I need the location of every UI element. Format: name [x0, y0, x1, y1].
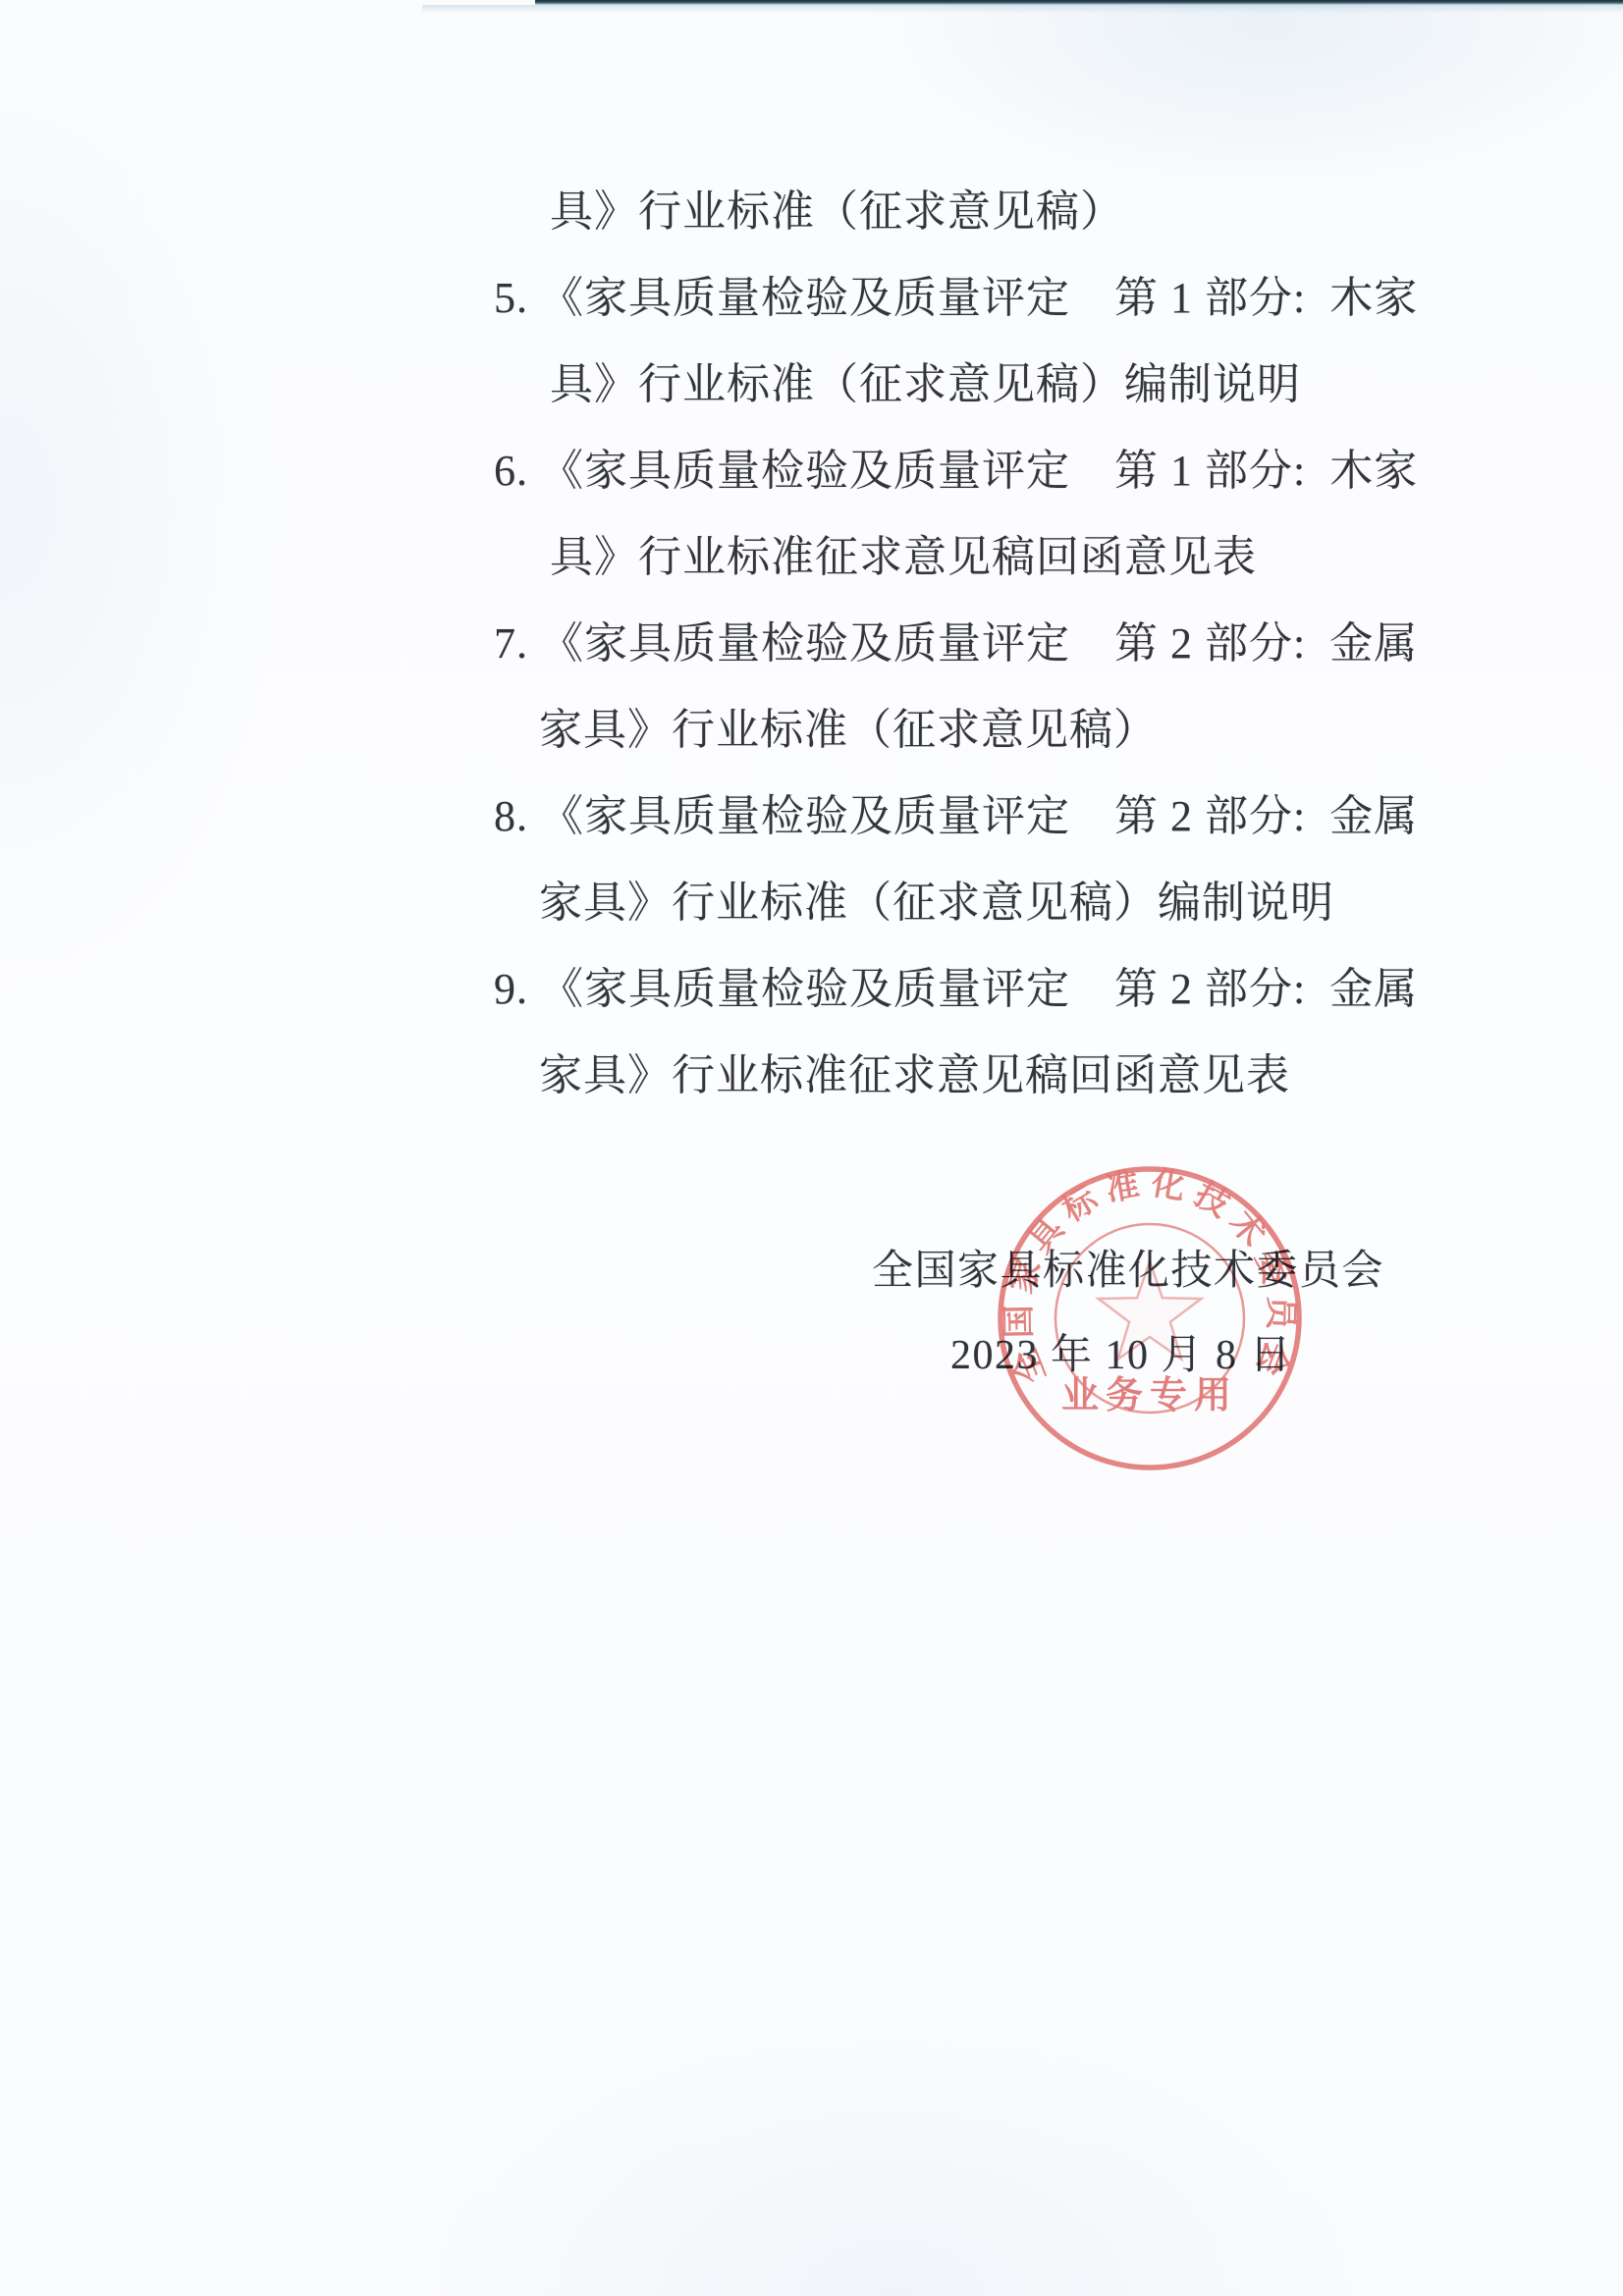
- official-stamp: 全国家具标准化技术委员会 业务专用: [976, 1145, 1324, 1492]
- list-continuation-line: 家具》行业标准（征求意见稿）编制说明: [0, 860, 1623, 946]
- list-item-line: 7. 《家具质量检验及质量评定 第 2 部分: 金属: [0, 601, 1623, 687]
- list-continuation-line: 家具》行业标准征求意见稿回函意见表: [0, 1033, 1623, 1119]
- list-continuation-line: 具》行业标准（征求意见稿）: [0, 169, 1623, 255]
- list-item-line: 6. 《家具质量检验及质量评定 第 1 部分: 木家: [0, 428, 1623, 514]
- list-item-line: 5. 《家具质量检验及质量评定 第 1 部分: 木家: [0, 255, 1623, 342]
- list-continuation-line: 具》行业标准（征求意见稿）编制说明: [0, 342, 1623, 428]
- scanned-document-page: { "document": { "lines": [ { "kind": "wr…: [0, 0, 1623, 2296]
- list-item-line: 9. 《家具质量检验及质量评定 第 2 部分: 金属: [0, 946, 1623, 1033]
- list-item-line: 8. 《家具质量检验及质量评定 第 2 部分: 金属: [0, 774, 1623, 860]
- stamp-star-icon: [1099, 1261, 1202, 1360]
- document-lines: 具》行业标准（征求意见稿）5. 《家具质量检验及质量评定 第 1 部分: 木家具…: [0, 169, 1623, 1119]
- stamp-bottom-text: 业务专用: [1061, 1375, 1238, 1416]
- list-continuation-line: 家具》行业标准（征求意见稿）: [0, 687, 1623, 774]
- list-continuation-line: 具》行业标准征求意见稿回函意见表: [0, 514, 1623, 601]
- scanner-edge-shadow: [422, 5, 1623, 14]
